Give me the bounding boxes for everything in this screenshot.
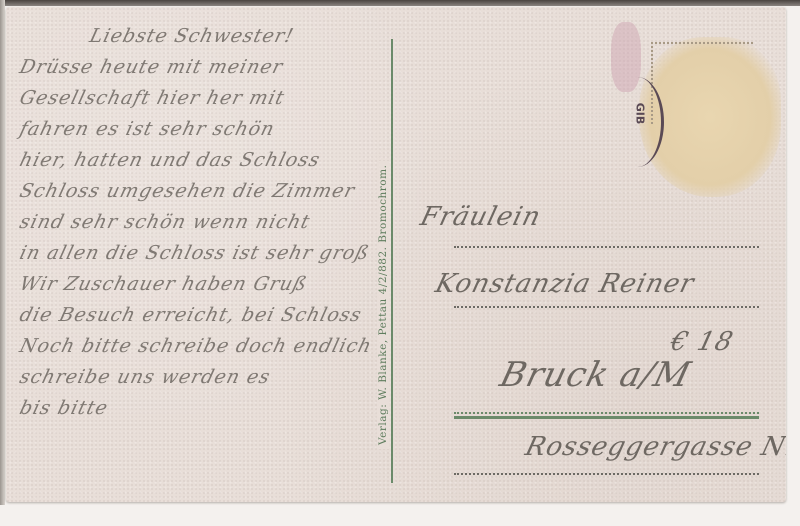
message-line: hier, hatten und das Schloss <box>16 145 384 176</box>
message-line: Gesellschaft hier her mit <box>16 83 384 114</box>
message-line: schreibe uns werden es <box>16 362 384 393</box>
address-name: Konstanzia Reiner <box>432 269 697 299</box>
address-line-1 <box>454 246 759 248</box>
message-salutation: Liebste Schwester! <box>16 21 384 52</box>
message-line: die Besuch erreicht, bei Schloss <box>16 300 384 331</box>
publisher-imprint: Verlag: W. Blanke, Pettau 4/2/882. Bromo… <box>377 161 389 449</box>
address-line-4 <box>454 473 759 475</box>
postcard-back: Liebste Schwester! Drüsse heute mit mein… <box>6 7 786 502</box>
address-street: Rosseggergasse Nr. 13 <box>522 432 786 462</box>
message-line: Noch bitte schreibe doch endlich <box>16 331 384 362</box>
address-line-city <box>454 412 759 414</box>
address-city: Bruck a/M <box>496 355 695 395</box>
handwritten-message: Liebste Schwester! Drüsse heute mit mein… <box>20 21 380 501</box>
scanner-edge-top <box>0 0 800 6</box>
message-line: Schloss umgesehen die Zimmer <box>16 176 384 207</box>
center-divider-line <box>391 39 393 483</box>
message-line: bis bitte <box>16 393 384 424</box>
address-line-2 <box>454 306 759 308</box>
address-note: € 18 <box>667 327 736 357</box>
message-line: in allen die Schloss ist sehr groß <box>16 238 384 269</box>
message-line: Wir Zuschauer haben Gruß <box>16 269 384 300</box>
message-line: sind sehr schön wenn nicht <box>16 207 384 238</box>
message-line: fahren es ist sehr schön <box>16 114 384 145</box>
address-title: Fräulein <box>417 202 544 232</box>
message-line: Drüsse heute mit meiner <box>16 52 384 83</box>
postmark-text: GIB <box>633 103 646 125</box>
scanner-edge-left <box>0 0 5 505</box>
stamp-placement-frame <box>651 42 753 124</box>
stamp-area: GIB <box>621 22 786 202</box>
